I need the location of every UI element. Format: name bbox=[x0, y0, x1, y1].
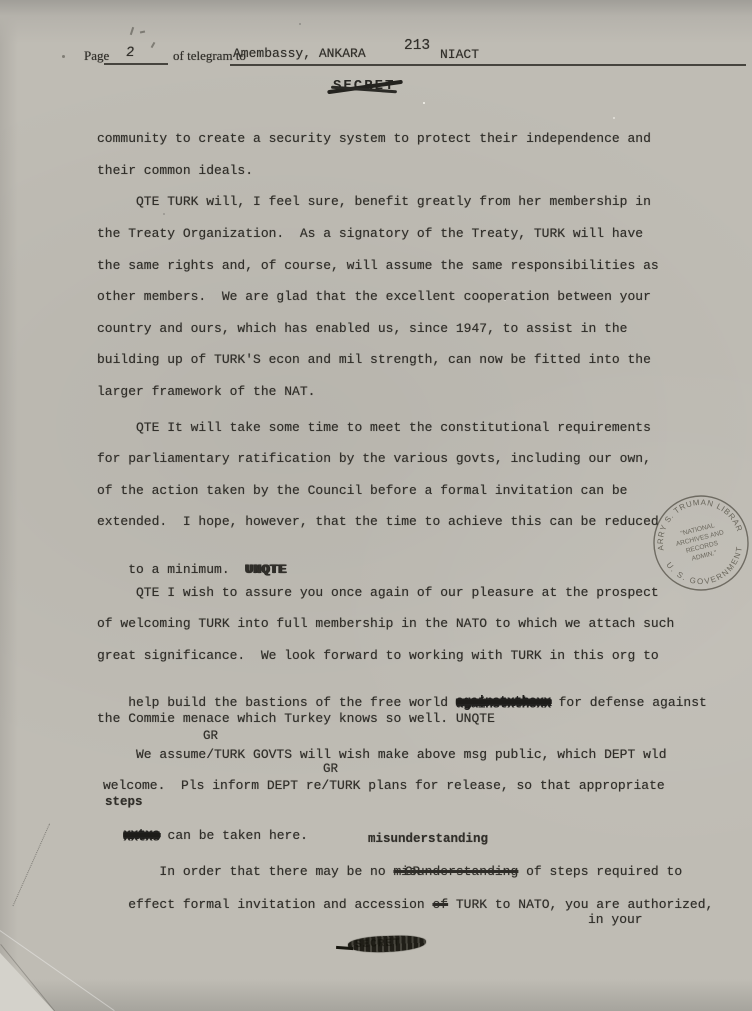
text-segment: to a minimum. bbox=[128, 562, 245, 577]
ink-blot-scribble bbox=[348, 935, 427, 954]
text-line: of the action taken by the Council befor… bbox=[97, 483, 628, 499]
text-line: We assume/TURK GOVTS will wish make abov… bbox=[97, 747, 667, 763]
ink-blot-tail bbox=[336, 946, 353, 950]
page-number: 2 bbox=[125, 45, 135, 61]
text-line: larger framework of the NAT. bbox=[97, 384, 315, 400]
text-line: of welcoming TURK into full membership i… bbox=[97, 616, 674, 632]
text-segment: In order that there may be no bbox=[128, 864, 393, 879]
pencil-mark bbox=[151, 42, 156, 48]
telegram-number: 213 bbox=[404, 38, 430, 54]
pencil-mark bbox=[140, 31, 145, 34]
overtyped-unqte: UNQTE bbox=[245, 562, 287, 577]
text-line: the Commie menace which Turkey knows so … bbox=[97, 711, 495, 727]
struck-word: of bbox=[432, 897, 448, 912]
text-segment: of steps required to bbox=[518, 864, 682, 879]
text-line: the same rights and, of course, will ass… bbox=[97, 258, 659, 274]
text-line: community to create a security system to… bbox=[97, 131, 651, 147]
telegram-scan-page: Page 2 of telegram to Amembassy, ANKARA … bbox=[0, 0, 752, 1011]
typed-over-deletion: xxtxs bbox=[123, 828, 160, 843]
form-underline-long bbox=[230, 64, 746, 66]
text-line: building up of TURK'S econ and mil stren… bbox=[97, 352, 651, 368]
text-segment: for defense against bbox=[551, 695, 707, 710]
text-line: extended. I hope, however, that the time… bbox=[97, 514, 659, 530]
text-line: for parliamentary ratification by the va… bbox=[97, 451, 651, 467]
typed-insertion-steps: steps bbox=[105, 794, 143, 810]
typed-insertion-gr: GR bbox=[323, 761, 338, 777]
text-line: QTE It will take some time to meet the c… bbox=[97, 420, 651, 436]
text-line-continuation: in your bbox=[588, 912, 643, 928]
text-line: welcome. Pls inform DEPT re/TURK plans f… bbox=[103, 778, 665, 794]
text-line: their common ideals. bbox=[97, 163, 253, 179]
text-line: QTE I wish to assure you once again of o… bbox=[97, 585, 659, 601]
typed-insertion-gr: GR bbox=[203, 728, 218, 744]
page-label: Page bbox=[84, 48, 109, 64]
pencil-crease-line bbox=[12, 824, 50, 907]
pencil-mark bbox=[130, 27, 134, 35]
text-segment: TURK to NATO, you are authorized, bbox=[448, 897, 713, 912]
text-segment: can be taken here. bbox=[160, 828, 308, 843]
text-line: country and ours, which has enabled us, … bbox=[97, 321, 628, 337]
typed-insertion-gr: GR- bbox=[405, 864, 428, 880]
text-segment: help build the bastions of the free worl… bbox=[128, 695, 456, 710]
typed-insertion-misunderstanding: misunderstanding bbox=[368, 831, 488, 847]
text-line: other members. We are glad that the exce… bbox=[97, 289, 651, 305]
text-line: QTE TURK will, I feel sure, benefit grea… bbox=[97, 194, 651, 210]
precedence-indicator: NIACT bbox=[440, 47, 479, 63]
pencil-mark bbox=[62, 55, 65, 58]
classification-stamp-bottom: SECRET bbox=[351, 936, 423, 953]
addressee: Amembassy, ANKARA bbox=[233, 46, 366, 62]
text-line: great significance. We look forward to w… bbox=[97, 648, 659, 664]
classification-stamp-top: SECRET bbox=[333, 78, 395, 94]
text-segment: effect formal invitation and accession bbox=[128, 897, 432, 912]
typed-over-deletion: againstxthexx bbox=[456, 695, 551, 710]
text-line: the Treaty Organization. As a signatory … bbox=[97, 226, 643, 242]
form-underline bbox=[104, 63, 168, 65]
